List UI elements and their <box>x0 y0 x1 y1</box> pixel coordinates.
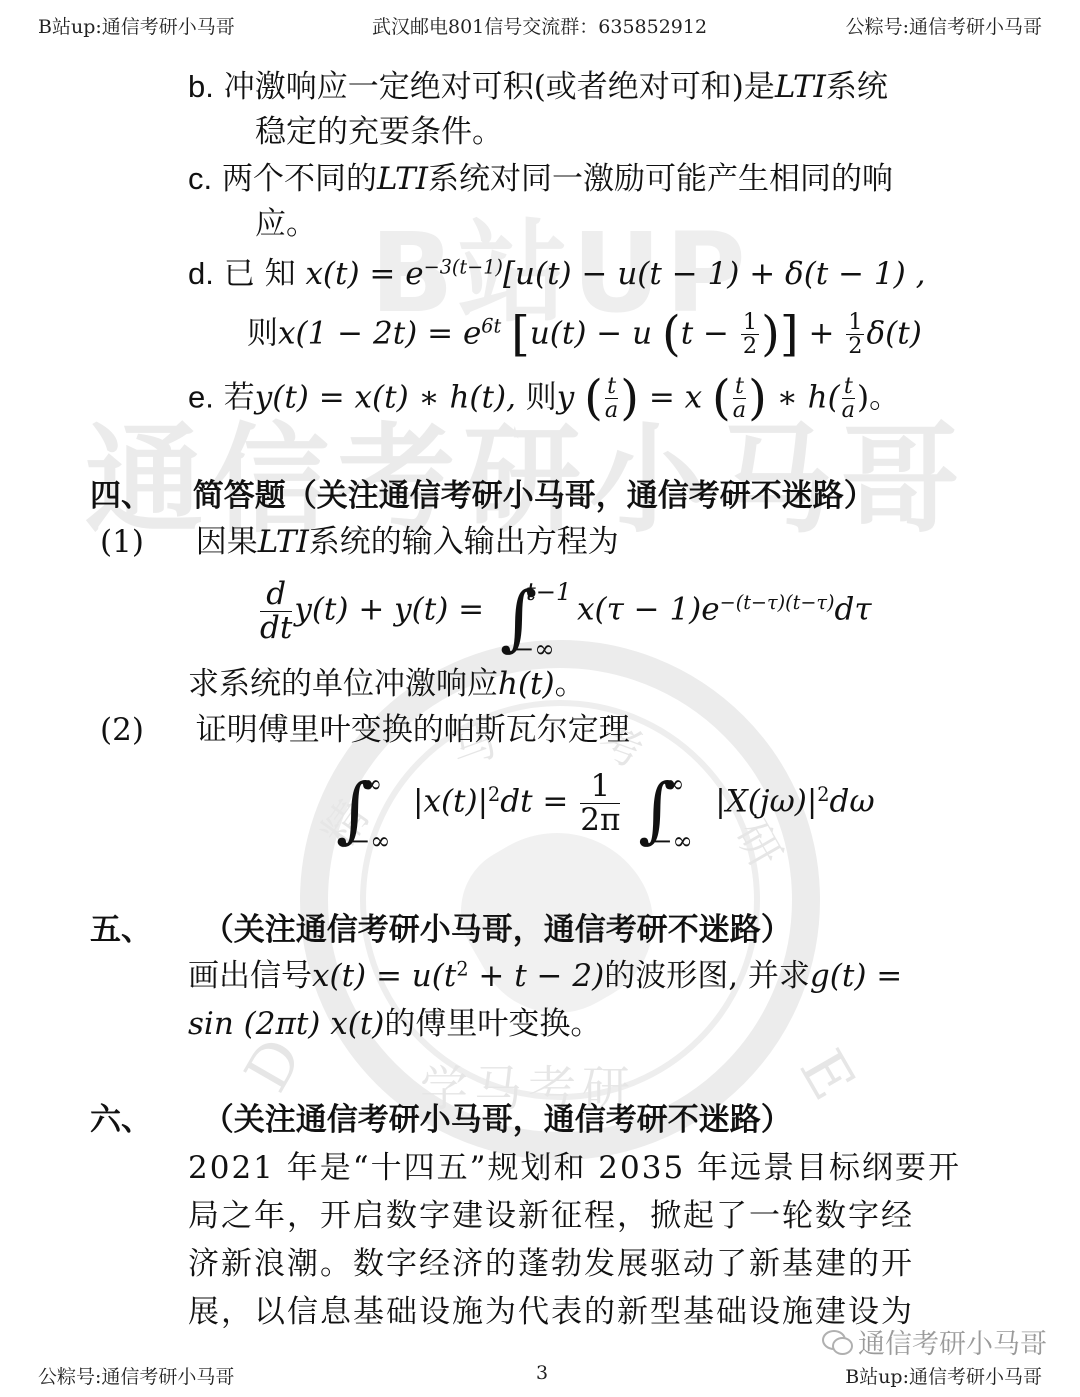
math-expression: ∗ h( <box>777 379 840 415</box>
wechat-account-name: 通信考研小马哥 <box>858 1322 1047 1361</box>
derivative-operator: ddt <box>260 578 292 644</box>
question-label: (1) <box>100 524 144 560</box>
math-lti: LTI <box>775 69 826 105</box>
question-text: 求系统的单位冲激响应 <box>188 666 498 702</box>
section-4-heading: 四、 简答题（关注通信考研小马哥，通信考研不迷路） <box>90 478 875 515</box>
section-6-paragraph-line: 2021 年是“十四五”规划和 2035 年远景目标纲要开 <box>188 1150 961 1187</box>
section-number: 五、 <box>90 912 152 948</box>
math-lti: LTI <box>258 524 309 560</box>
item-label: e. <box>188 379 214 414</box>
section-number: 四、 <box>90 478 152 514</box>
item-label: d. <box>188 256 214 291</box>
math-exponent: 2 <box>817 783 829 806</box>
item-text: )。 <box>857 379 900 415</box>
item-text: 则 <box>526 379 557 415</box>
math-expression: [u(t) − u(t − 1) + δ(t − 1) , <box>503 256 926 292</box>
item-d-line1: d. 已 知 x(t) = e−3(t−1)[u(t) − u(t − 1) +… <box>188 255 925 293</box>
question-text: 。 <box>555 666 586 702</box>
q1-equation: ddty(t) + y(t) = ∫t−1−∞ x(τ − 1)e−(t−τ)(… <box>258 578 872 654</box>
header-bilibili-label: B站up:通信考研小马哥 <box>38 12 235 39</box>
footer-bilibili-label: B站up:通信考研小马哥 <box>845 1362 1042 1389</box>
section-5-line1: 画出信号x(t) = u(t2 + t − 2)的波形图, 并求g(t) = <box>188 958 902 995</box>
math-expression: t − <box>681 315 729 351</box>
math-expression: x(τ − 1)e <box>577 592 720 628</box>
q2-parseval-equation: ∫∞−∞ |x(t)|2dt = 12π ∫∞−∞ |X(jω)|2dω <box>330 770 875 846</box>
math-expression: y(t) + y(t) = <box>294 592 484 628</box>
question-text: 因果 <box>196 524 258 560</box>
item-b-line1: b. 冲激响应一定绝对可积(或者绝对可和)是LTI系统 <box>188 68 888 106</box>
integral-sign: ∫∞−∞ <box>336 774 373 845</box>
integral-sign: ∫∞−∞ <box>638 774 675 845</box>
item-d-line2: 则x(1 − 2t) = e6t [u(t) − u (t − 12)] + 1… <box>247 306 922 364</box>
section-5-line2: sin (2πt) x(t)的傅里叶变换。 <box>188 1006 601 1043</box>
math-lti: LTI <box>377 161 428 197</box>
integral-sign: ∫t−1−∞ <box>500 582 537 653</box>
fraction-t-over-a: ta <box>842 375 855 423</box>
item-c-line2: 应。 <box>255 206 317 243</box>
item-label: c. <box>188 161 212 196</box>
math-expression: u(t) − u <box>530 315 652 351</box>
section-6-paragraph-line: 展，以信息基础设施为代表的新型基础设施建设为 <box>188 1294 914 1331</box>
fraction-half: 12 <box>741 311 759 359</box>
header-group-label: 武汉邮电801信号交流群：635852912 <box>372 12 707 39</box>
math-expression: = x <box>649 379 702 415</box>
section-5-heading: 五、 （关注通信考研小马哥，通信考研不迷路） <box>90 912 792 949</box>
math-expression: |x(t)| <box>413 784 488 820</box>
q1-prompt: (1) 因果LTI系统的输入输出方程为 <box>100 524 619 561</box>
watermark-seal-letter: E <box>786 1039 869 1112</box>
item-text: 两个不同的 <box>222 161 377 197</box>
item-label: b. <box>188 69 214 104</box>
math-exponent: −(t−τ)(t−τ) <box>720 591 835 614</box>
fraction-half: 12 <box>846 311 864 359</box>
section-6-paragraph-line: 局之年，开启数字建设新征程，掀起了一轮数字经 <box>188 1198 914 1235</box>
question-label: (2) <box>100 712 144 748</box>
question-text: 系统的输入输出方程为 <box>309 524 619 560</box>
footer-account-label: 公粽号:通信考研小马哥 <box>38 1362 234 1389</box>
wechat-icon <box>822 1330 852 1354</box>
q1-ask: 求系统的单位冲激响应h(t)。 <box>188 666 586 703</box>
question-text: 的傅里叶变换。 <box>384 1006 601 1042</box>
math-expression: y(t) = x(t) ∗ h(t), <box>255 379 516 415</box>
math-expression: |X(jω)| <box>715 784 817 820</box>
math-expression: dω <box>830 784 875 820</box>
section-title: 简答题（关注通信考研小马哥，通信考研不迷路） <box>193 478 875 514</box>
fraction-t-over-a: ta <box>733 375 746 423</box>
math-expression: dt = <box>500 784 568 820</box>
question-text: 证明傅里叶变换的帕斯瓦尔定理 <box>196 712 630 748</box>
section-number: 六、 <box>90 1102 152 1138</box>
item-text: 已 知 <box>224 256 296 292</box>
math-expression: + t − 2) <box>469 958 605 994</box>
item-text: 系统 <box>826 69 888 105</box>
math-expression: dτ <box>835 592 872 628</box>
section-title: （关注通信考研小马哥，通信考研不迷路） <box>203 1102 792 1138</box>
math-expression: sin (2πt) x(t) <box>188 1006 384 1042</box>
math-expression: g(t) = <box>810 958 902 994</box>
math-expression: x(1 − 2t) = e <box>278 315 481 351</box>
math-expression: x(t) = e <box>305 256 423 292</box>
item-c-line1: c. 两个不同的LTI系统对同一激励可能产生相同的响 <box>188 160 893 198</box>
section-6-heading: 六、 （关注通信考研小马哥，通信考研不迷路） <box>90 1102 792 1139</box>
wechat-watermark: 通信考研小马哥 <box>822 1322 1047 1361</box>
item-text: 则 <box>247 315 278 351</box>
header-account-label: 公粽号:通信考研小马哥 <box>846 12 1042 39</box>
item-text: 若 <box>224 379 255 415</box>
math-exponent: 2 <box>488 783 500 806</box>
math-expression: x(t) = u(t <box>312 958 456 994</box>
q2-prompt: (2) 证明傅里叶变换的帕斯瓦尔定理 <box>100 712 630 749</box>
fraction-one-over-2pi: 12π <box>580 770 620 836</box>
section-title: （关注通信考研小马哥，通信考研不迷路） <box>203 912 792 948</box>
item-text: 冲激响应一定绝对可积(或者绝对可和)是 <box>224 69 775 105</box>
question-text: 的波形图, 并求 <box>604 958 810 994</box>
item-e-line: e. 若y(t) = x(t) ∗ h(t), 则y (ta) = x (ta)… <box>188 370 900 428</box>
item-text: 系统对同一激励可能产生相同的响 <box>428 161 893 197</box>
math-expression: δ(t) <box>866 315 921 351</box>
section-6-paragraph-line: 济新浪潮。数字经济的蓬勃发展驱动了新基建的开 <box>188 1246 914 1283</box>
math-exponent: −3(t−1) <box>424 255 503 278</box>
fraction-t-over-a: ta <box>605 375 618 423</box>
item-b-line2: 稳定的充要条件。 <box>255 114 503 151</box>
question-text: 画出信号 <box>188 958 312 994</box>
math-exponent: 6t <box>481 315 501 338</box>
page-number: 3 <box>536 1362 548 1384</box>
math-exponent: 2 <box>456 957 468 980</box>
math-expression: h(t) <box>498 666 555 702</box>
math-expression: y <box>557 379 575 415</box>
